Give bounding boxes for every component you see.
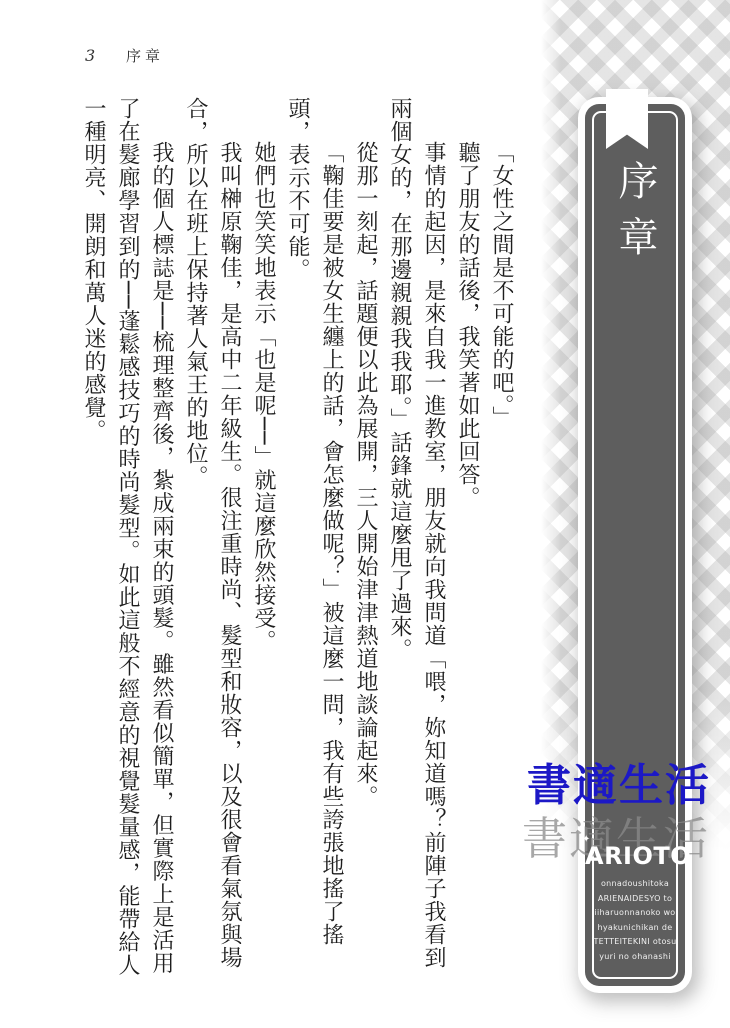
sparkle-icon: ✦ (582, 834, 591, 845)
page-header: 3 序章 (85, 45, 164, 66)
paragraph: 事情的起因，是來自我一進教室，朋友就向我問道「喂，妳知道嗎？前陣子我看到兩個女的… (382, 97, 450, 981)
chapter-banner: 序章 ✦ARIOTO onnadoushitokaARIENAIDESYO to… (585, 104, 685, 986)
arioto-logo-text: ARIOTO (585, 842, 691, 870)
paragraph: 從那一刻起，話題便以此為展開，三人開始津津熱道地談論起來。 (348, 97, 382, 981)
watermark-blue: 書適生活 (527, 764, 711, 808)
romaji-subtitle-line: hyakunichikan de (585, 921, 685, 936)
page-number: 3 (85, 46, 95, 65)
paragraph: 我的個人標誌是──梳理整齊後，紮成兩束的頭髮。雖然看似簡單，但實際上是活用了在髮… (76, 97, 178, 981)
romaji-subtitle-line: TETTEITEKINI otosu (585, 935, 685, 950)
paragraph: 「女性之間是不可能的吧。」 (484, 97, 518, 981)
paragraph: 聽了朋友的話後，我笑著如此回答。 (450, 97, 484, 981)
paragraph: 我叫榊原鞠佳，是高中二年級生。很注重時尚、髮型和妝容，以及很會看氣氛與場合，所以… (178, 97, 246, 981)
book-page: { "page_header": { "page_number": "3", "… (0, 0, 730, 1028)
romaji-subtitle: onnadoushitokaARIENAIDESYO toiiharuonnan… (585, 877, 685, 964)
running-title: 序章 (126, 47, 164, 65)
logo-block: ✦ARIOTO onnadoushitokaARIENAIDESYO toiih… (585, 842, 685, 964)
romaji-subtitle-line: ARIENAIDESYO to (585, 892, 685, 907)
arioto-logo: ✦ARIOTO (585, 842, 691, 870)
paragraph: 她們也笑笑地表示「也是呢──」就這麼欣然接受。 (246, 97, 280, 981)
body-text: 「女性之間是不可能的吧。」聽了朋友的話後，我笑著如此回答。事情的起因，是來自我一… (74, 97, 518, 981)
paragraph: 「鞠佳要是被女生纏上的話，會怎麼做呢？」被這麼一問，我有些誇張地搖了搖頭，表示不… (280, 97, 348, 981)
romaji-subtitle-line: yuri no ohanashi (585, 950, 685, 965)
chapter-title-vertical: 序章 (615, 160, 655, 272)
romaji-subtitle-line: onnadoushitoka (585, 877, 685, 892)
romaji-subtitle-line: iiharuonnanoko wo (585, 906, 685, 921)
